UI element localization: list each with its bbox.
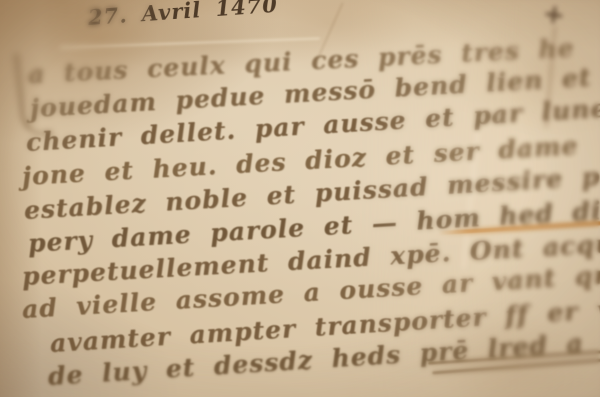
manuscript-line: perpetuellement daind xpē. Ont acquis — [21, 228, 600, 292]
manuscript-line: jone et heu. des dioz et ser dame — [21, 131, 579, 192]
manuscript-line: pery dame parole et — hom hed di — [27, 196, 600, 259]
cross-mark: + — [541, 0, 567, 31]
parchment-crease — [60, 37, 320, 48]
flourish-stroke — [428, 350, 600, 364]
parchment-crease — [545, 26, 557, 128]
manuscript-line: a tous ceulx qui ces prēs tres he — [27, 33, 575, 90]
manuscript-line: jouedam pedue messō bend lien et — [29, 63, 592, 124]
manuscript-line: de luy et dessdz heds prē lred a — [47, 328, 584, 392]
depth-of-field-blur-bottom — [0, 0, 600, 397]
manuscript-photo: 27. Avril 1470 + a tous ceulx qui ces pr… — [0, 0, 600, 397]
parchment-crease — [462, 120, 480, 269]
amber-ink-underline — [438, 221, 600, 235]
manuscript-line: establez noble et puissad messire pre — [23, 160, 600, 226]
photo-vignette — [0, 0, 600, 397]
date-annotation: 27. Avril 1470 — [87, 0, 279, 30]
depth-of-field-blur-topleft — [0, 0, 600, 397]
parchment-stains — [0, 0, 600, 397]
parchment-background — [0, 0, 600, 397]
manuscript-line: chenir dellet. par ausse et par lune des… — [25, 89, 600, 158]
flourish-stroke — [432, 359, 600, 374]
depth-of-field-blur-right — [0, 0, 600, 397]
parchment-crease — [318, 2, 343, 56]
manuscript-line: avamter ampter transporter ff er v — [49, 295, 600, 359]
blurred-initial-stroke — [14, 51, 54, 138]
manuscript-line: ad vielle assome a ousse ar vant qm — [21, 259, 600, 325]
